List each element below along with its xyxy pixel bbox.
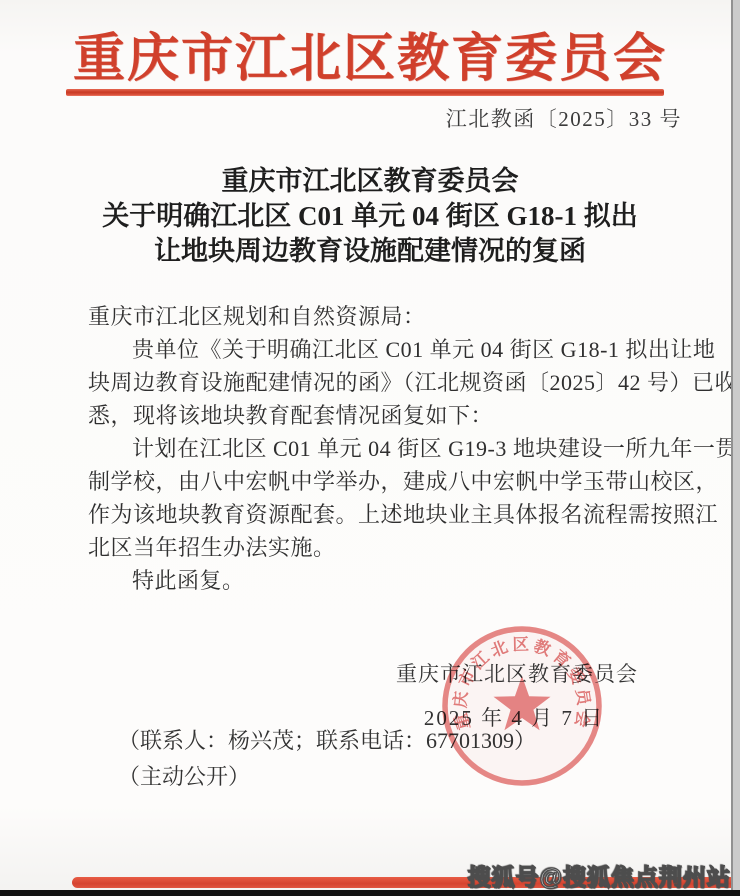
photo-bottom-edge [0, 890, 740, 896]
letterhead-divider-rule [66, 89, 664, 96]
document-page: 重庆市江北区教育委员会 江北教函〔2025〕33 号 重庆市江北区教育委员会 关… [0, 0, 740, 896]
letterhead-agency-title: 重庆市江北区教育委员会 [4, 16, 736, 91]
body-paragraph-2: 计划在江北区 C01 单元 04 街区 G19-3 地块建设一所九年一贯 制学校… [88, 432, 668, 564]
document-body: 重庆市江北区规划和自然资源局： 贵单位《关于明确江北区 C01 单元 04 街区… [88, 300, 668, 597]
body-paragraph-1: 贵单位《关于明确江北区 C01 单元 04 街区 G18-1 拟出让地 块周边教… [88, 333, 668, 432]
watermark-text: 搜狐号@搜狐焦点荆州站 [468, 859, 731, 892]
salutation-line: 重庆市江北区规划和自然资源局： [88, 300, 668, 333]
official-seal-stamp-icon: 重庆市江北区教育委员会 [427, 611, 617, 801]
document-reference-number: 江北教函〔2025〕33 号 [446, 103, 682, 133]
document-title: 重庆市江北区教育委员会 关于明确江北区 C01 单元 04 街区 G18-1 拟… [0, 164, 740, 269]
photo-right-edge [731, 0, 740, 896]
closing-line: 特此函复。 [88, 564, 668, 597]
